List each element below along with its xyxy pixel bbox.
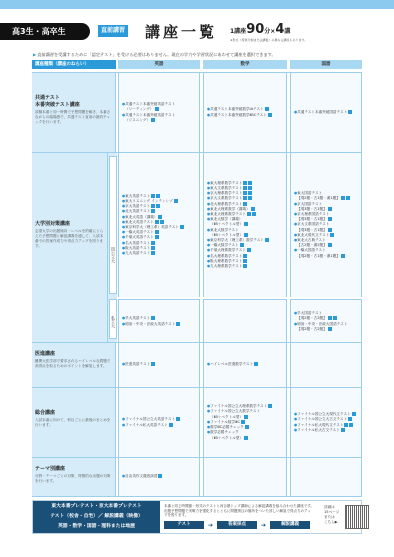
math-cell: ●ファイナル国公立大理系数学テスト ●ファイナル国公立大数学テスト （ⅡB＋ベク…: [203, 388, 287, 457]
step-lecture: 解説講義: [270, 521, 310, 529]
row-university: 大学別対策講座 志望大学の出題傾向・レベルを的確にとらえた予想問題と解説講義を通…: [32, 152, 362, 342]
math-cell: [203, 458, 287, 496]
col-header-category: 講座種類（講座のねらい）: [32, 60, 116, 69]
course-item[interactable]: ●九大理系数学テスト: [207, 264, 284, 269]
japanese-cell: [290, 458, 362, 496]
arrow-right-icon: ➔: [208, 522, 213, 529]
info-icon: [268, 113, 272, 117]
japanese-national-cell: ●東大国語テスト 【現2題・古1題・漢1題】 ●京大国語テスト 【現3題・古1題…: [290, 153, 362, 297]
category-title: 大学別対策講座: [35, 221, 104, 228]
japanese-cell: [290, 343, 362, 387]
category-title: 総合講座: [35, 410, 112, 417]
duration-note: ※形式（授業分割または講数）の異なる講座もあります。: [230, 38, 307, 42]
pretest-banner: 東大本番プレテスト・京大本番プレテスト テスト（校舎・自宅）／ 解説講義（映像）…: [32, 500, 362, 534]
japanese-cell: ●ファイナル国公立大現代文テスト ●ファイナル国公立大古文テスト ●ファイナル私…: [290, 388, 362, 457]
course-item-sub: （リスニング）: [122, 118, 197, 123]
info-icon: [348, 110, 352, 114]
row-general: 総合講座 入試本番に向けて、科目ごとに最後のまとめを行います。 ●ファイナル国公…: [32, 387, 362, 457]
english-national-cell: ●東大英語テスト ●東大リスニング インテンシブ ●京大英語テスト ●北大英語テ…: [118, 153, 200, 297]
course-item[interactable]: ●自由英作文徹底演習: [122, 474, 197, 479]
intro-text: 直前講習を受講するために「認定テスト」を受ける必要はありません。現在の学力や学習…: [33, 52, 276, 58]
english-cell: ●共通テスト本番突破英語テスト （リーディング） ●共通テスト本番突破英語テスト…: [118, 73, 200, 152]
course-item[interactable]: ●明治・中央・法政大英語テスト: [122, 322, 197, 327]
row-medical: 医進講座 難関大医学部で要求されるハイレベルな問題で高得点を取るためのポイントを…: [32, 342, 362, 387]
math-national-cell: ●東大理系数学テスト ●東大文系数学テスト ●京大理系数学テスト ●京大文系数学…: [203, 153, 287, 297]
category-desc: 難関大医学部で要求されるハイレベルな問題で高得点を取るためのポイントを解説します…: [35, 359, 112, 369]
course-item[interactable]: ●医進英語テスト: [122, 362, 197, 367]
category-desc: 志望大学の出題傾向・レベルを的確にとらえた予想問題と解説講義を通して、入試本番で…: [35, 229, 104, 249]
course-item-sub: 【現2題・古2題】: [294, 327, 359, 332]
more-info-link[interactable]: 詳細は 15ページ または こちら▶: [324, 505, 339, 525]
info-icon: [265, 107, 269, 111]
col-header-math: 数学: [203, 60, 287, 69]
course-item[interactable]: ●九大英語テスト: [122, 251, 197, 256]
english-cell: ●ファイナル国公立大英語テスト ●ファイナル私大英語テスト: [118, 388, 200, 457]
qr-code-icon[interactable]: [345, 505, 369, 529]
category-cell: 総合講座 入試本番に向けて、科目ごとに最後のまとめを行います。: [32, 388, 116, 457]
top-bar: [0, 0, 394, 9]
category-title: 医進講座: [35, 351, 112, 358]
category-cell: テーマ別講座 分野・テーマごとの対策、特徴的な出題の対策を行います。: [32, 458, 116, 496]
course-item[interactable]: ●ハイレベル医進数学テスト: [207, 362, 284, 367]
sub-label-national: 国公立大: [109, 156, 117, 294]
step-test: テスト: [164, 521, 204, 529]
sub-label-private: 私立大: [109, 299, 117, 339]
japanese-cell: ●共通テスト本番突破国語テスト: [290, 73, 362, 152]
course-item[interactable]: ●ファイナル私大古文テスト: [294, 428, 359, 433]
duration-info: 1講座90分×4講: [230, 22, 290, 37]
col-header-english: 英語: [118, 60, 200, 69]
category-desc: 分野・テーマごとの対策、特徴的な出題の対策を行います。: [35, 474, 112, 484]
session-tag: 直前講習: [98, 25, 128, 37]
row-theme: テーマ別講座 分野・テーマごとの対策、特徴的な出題の対策を行います。 ●自由英作…: [32, 457, 362, 497]
math-cell: ●ハイレベル医進数学テスト: [203, 343, 287, 387]
banner-steps: テスト ➔ 答案採点 ➔ 解説講義: [164, 521, 310, 529]
course-item-sub: （ⅡB＋ベクトル型）: [207, 436, 284, 441]
category-desc: 入試本番に向けて、科目ごとに最後のまとめを行います。: [35, 418, 112, 428]
category-title: テーマ別講座: [35, 466, 112, 473]
arrow-right-icon: ➔: [261, 522, 266, 529]
grade-label: 高3生・高卒生: [0, 23, 90, 40]
course-item[interactable]: ●ファイナル私大英語テスト: [122, 423, 197, 428]
category-desc: 試験本番と同一時間で予想問題を解き、本番さながらの臨場感で、共通テスト直前の最終…: [35, 110, 112, 125]
course-item-sub: 【現2題・古1題・漢1題】: [294, 254, 359, 259]
category-title: 共通テスト 本番突破テスト講座: [35, 95, 112, 109]
banner-title: 東大本番プレテスト・京大本番プレテスト テスト（校舎・自宅）／ 解説講義（映像）…: [33, 501, 160, 533]
info-icon: [155, 107, 159, 111]
english-private-cell: ●早大英語テスト ●明治・中央・法政大英語テスト: [118, 299, 200, 343]
english-cell: ●自由英作文徹底演習: [118, 458, 200, 496]
row-common-test: 共通テスト 本番突破テスト講座 試験本番と同一時間で予想問題を解き、本番さながら…: [32, 72, 362, 152]
col-header-japanese: 国語: [290, 60, 362, 69]
category-cell: 共通テスト 本番突破テスト講座 試験本番と同一時間で予想問題を解き、本番さながら…: [32, 73, 116, 152]
japanese-private-cell: ●早大国語テスト 【現2題・古2題】 ●明治・中央・法政大国語テスト 【現2題・…: [290, 299, 362, 343]
course-item[interactable]: ●共通テスト本番突破数学ⅡBCテスト: [207, 113, 284, 118]
step-grading: 答案採点: [217, 521, 257, 529]
info-icon: [151, 118, 155, 122]
math-cell: ●共通テスト本番突破数学ⅠAテスト ●共通テスト本番突破数学ⅡBCテスト: [203, 73, 287, 152]
page-title: 講座一覧: [145, 21, 217, 42]
course-item[interactable]: ●共通テスト本番突破国語テスト: [294, 110, 359, 115]
banner-desc: 本番と同じ時間割・形式のテストと河合塾トップ講師による解説講義を組み合わせた講座…: [164, 504, 314, 518]
english-cell: ●医進英語テスト: [118, 343, 200, 387]
category-cell: 大学別対策講座 志望大学の出題傾向・レベルを的確にとらえた予想問題と解説講義を通…: [32, 153, 108, 342]
math-private-cell: [203, 299, 287, 343]
category-cell: 医進講座 難関大医学部で要求されるハイレベルな問題で高得点を取るためのポイントを…: [32, 343, 116, 387]
